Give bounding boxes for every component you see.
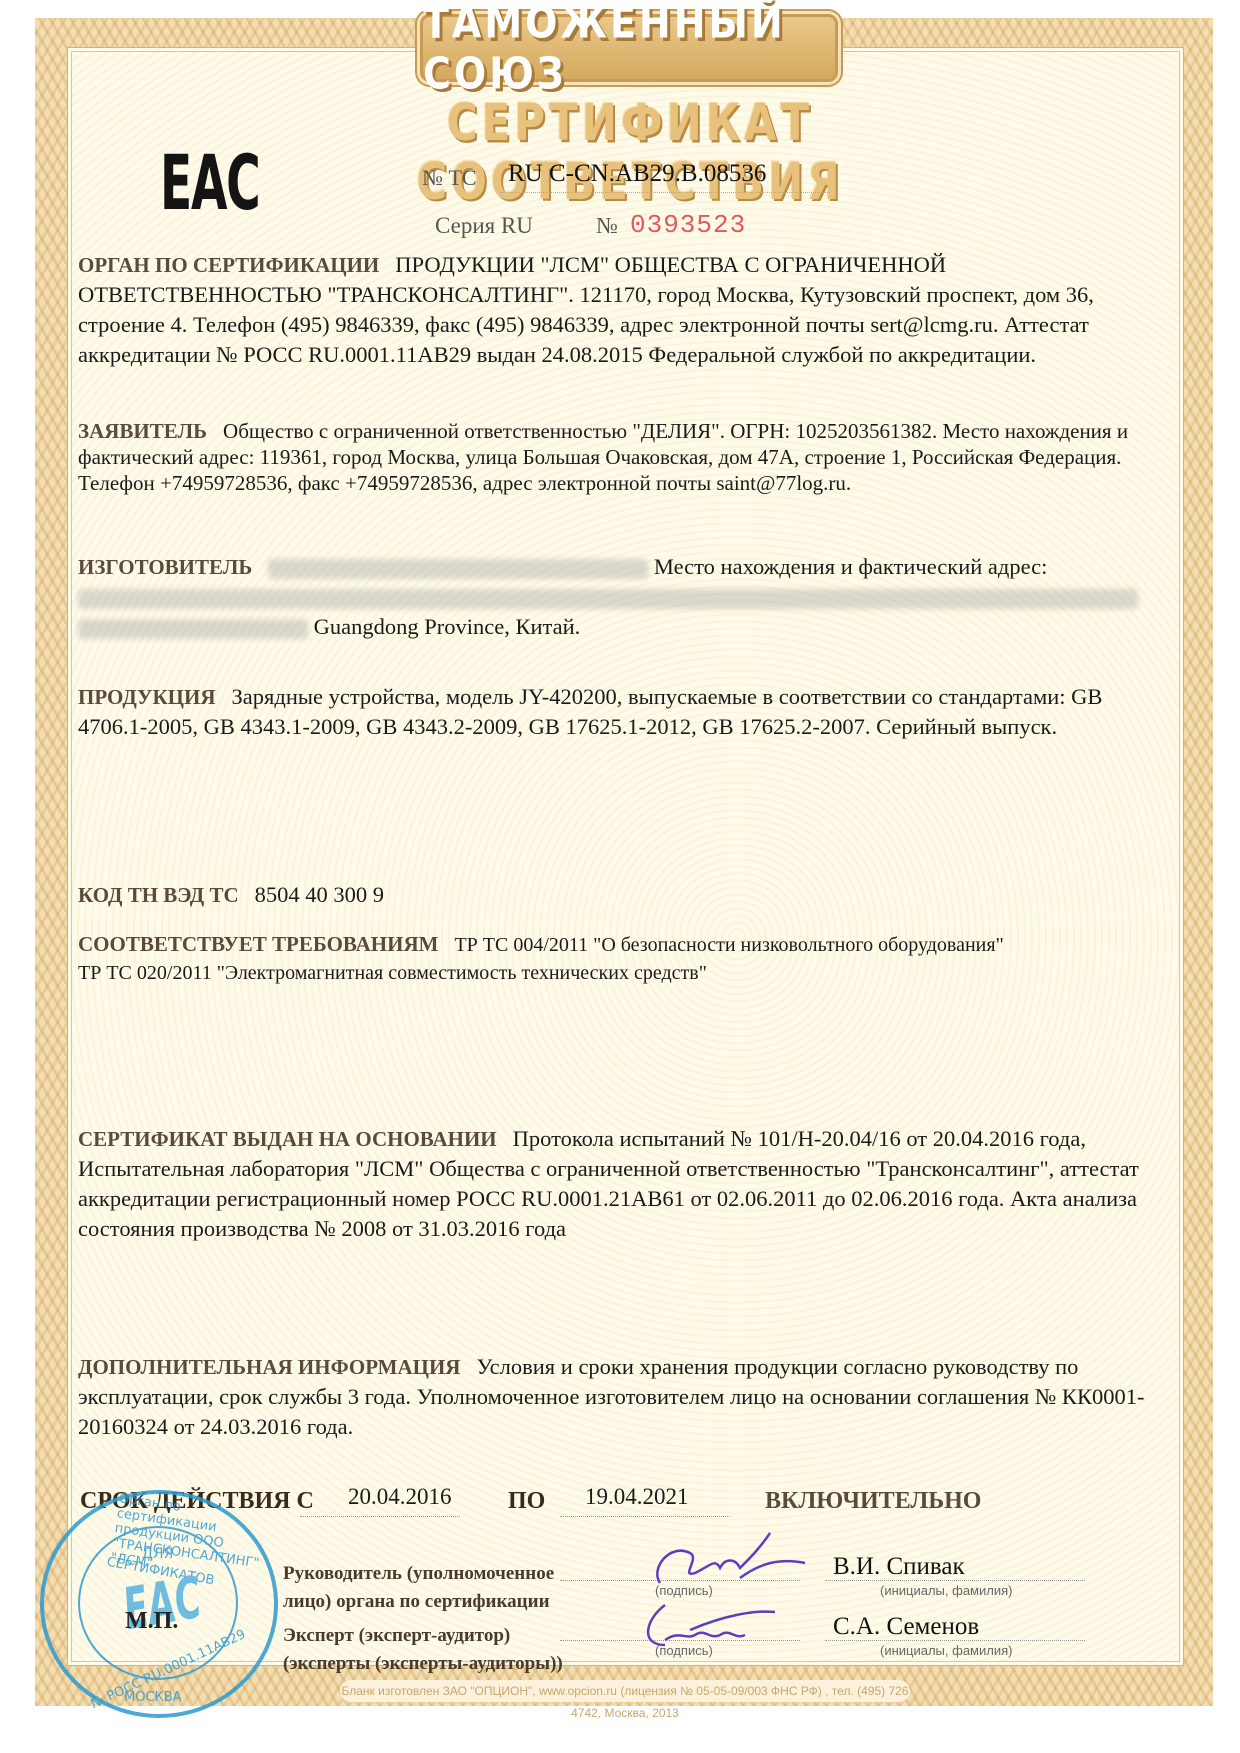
section-basis: СЕРТИФИКАТ ВЫДАН НА ОСНОВАНИИПротокола и… — [78, 1124, 1168, 1244]
tc-number-label: № ТС — [422, 165, 477, 191]
regulation-2: ТР ТС 020/2011 "Электромагнитная совмест… — [78, 962, 707, 984]
section-text-end: Guangdong Province, Китай. — [314, 614, 581, 639]
section-applicant: ЗАЯВИТЕЛЬОбщество с ограниченной ответст… — [78, 418, 1168, 496]
section-label: ПРОДУКЦИЯ — [78, 685, 216, 709]
section-label: ОРГАН ПО СЕРТИФИКАЦИИ — [78, 253, 379, 277]
section-label: ЗАЯВИТЕЛЬ — [78, 419, 207, 443]
section-product: ПРОДУКЦИЯЗарядные устройства, модель JY-… — [78, 682, 1168, 742]
expert-name: С.А. Семенов — [833, 1613, 979, 1641]
seal-place-label: М.П. — [125, 1608, 178, 1635]
section-label: КОД ТН ВЭД ТС — [78, 883, 239, 907]
section-conformity: СООТВЕТСТВУЕТ ТРЕБОВАНИЯМТР ТС 004/2011 … — [78, 930, 1168, 987]
regulation-1: ТР ТС 004/2011 "О безопасности низковоль… — [454, 934, 1003, 956]
stamp-center-top: ДЛЯ — [142, 1546, 173, 1562]
name-caption: (инициалы, фамилия) — [880, 1583, 1012, 1598]
tc-number-underline — [500, 192, 830, 193]
head-role-line-2: лицо) органа по сертификации — [283, 1588, 554, 1616]
section-label: СЕРТИФИКАТ ВЫДАН НА ОСНОВАНИИ — [78, 1127, 497, 1151]
customs-union-badge: ТАМОЖЕННЫЙ СОЮЗ — [420, 14, 838, 82]
redacted-manufacturer-name — [268, 559, 648, 579]
expert-role-label: Эксперт (эксперт-аудитор) (эксперты (экс… — [283, 1622, 563, 1678]
section-label: ИЗГОТОВИТЕЛЬ — [78, 555, 252, 579]
head-name-line — [825, 1580, 1085, 1581]
hs-code-value: 8504 40 300 9 — [255, 882, 384, 907]
name-caption: (инициалы, фамилия) — [880, 1643, 1012, 1658]
certification-stamp-icon: Орган по сертификации продукции ООО "ТРА… — [40, 1490, 278, 1718]
section-text: Место нахождения и фактический адрес: — [654, 554, 1048, 579]
section-hs-code: КОД ТН ВЭД ТС8504 40 300 9 — [78, 880, 1168, 910]
eac-logo-icon: EAC — [160, 145, 260, 221]
validity-inclusive-label: ВКЛЮЧИТЕЛЬНО — [765, 1488, 981, 1515]
series-number: 0393523 — [630, 210, 746, 240]
tc-number: RU C-CN.AB29.B.08536 — [508, 160, 766, 188]
section-label: ДОПОЛНИТЕЛЬНАЯ ИНФОРМАЦИЯ — [78, 1355, 460, 1379]
section-additional-info: ДОПОЛНИТЕЛЬНАЯ ИНФОРМАЦИЯУсловия и сроки… — [78, 1352, 1168, 1442]
section-certification-body: ОРГАН ПО СЕРТИФИКАЦИИПРОДУКЦИИ "ЛСМ" ОБЩ… — [78, 250, 1168, 370]
certificate-title: СЕРТИФИКАТ СООТВЕТСТВИЯ — [350, 93, 910, 211]
signature-caption: (подпись) — [655, 1643, 713, 1658]
redacted-address-end — [78, 619, 308, 639]
validity-to-line — [560, 1516, 730, 1517]
validity-from-date: 20.04.2016 — [348, 1484, 452, 1510]
section-manufacturer: ИЗГОТОВИТЕЛЬ Место нахождения и фактичес… — [78, 552, 1168, 642]
expert-role-line-2: (эксперты (эксперты-аудиторы)) — [283, 1650, 563, 1678]
series-label: Серия RU — [435, 213, 533, 239]
head-name: В.И. Спивак — [833, 1553, 965, 1581]
stamp-city: МОСКВА — [124, 1690, 182, 1705]
expert-role-line-1: Эксперт (эксперт-аудитор) — [283, 1622, 563, 1650]
signature-caption: (подпись) — [655, 1583, 713, 1598]
validity-from-line — [300, 1516, 460, 1517]
validity-to-label: ПО — [508, 1488, 545, 1515]
customs-union-title: ТАМОЖЕННЫЙ СОЮЗ — [423, 0, 835, 99]
head-role-label: Руководитель (уполномоченное лицо) орган… — [283, 1560, 554, 1616]
section-label: СООТВЕТСТВУЕТ ТРЕБОВАНИЯМ — [78, 932, 438, 956]
redacted-address — [78, 589, 1138, 609]
validity-to-date: 19.04.2021 — [585, 1484, 689, 1510]
section-text: Зарядные устройства, модель JY-420200, в… — [78, 684, 1102, 739]
section-text: Общество с ограниченной ответственностью… — [78, 419, 1128, 495]
head-role-line-1: Руководитель (уполномоченное — [283, 1560, 554, 1588]
series-number-label: № — [596, 213, 618, 239]
printer-footer-note: Бланк изготовлен ЗАО "ОПЦИОН", www.opcio… — [340, 1680, 910, 1702]
expert-name-line — [825, 1640, 1085, 1641]
